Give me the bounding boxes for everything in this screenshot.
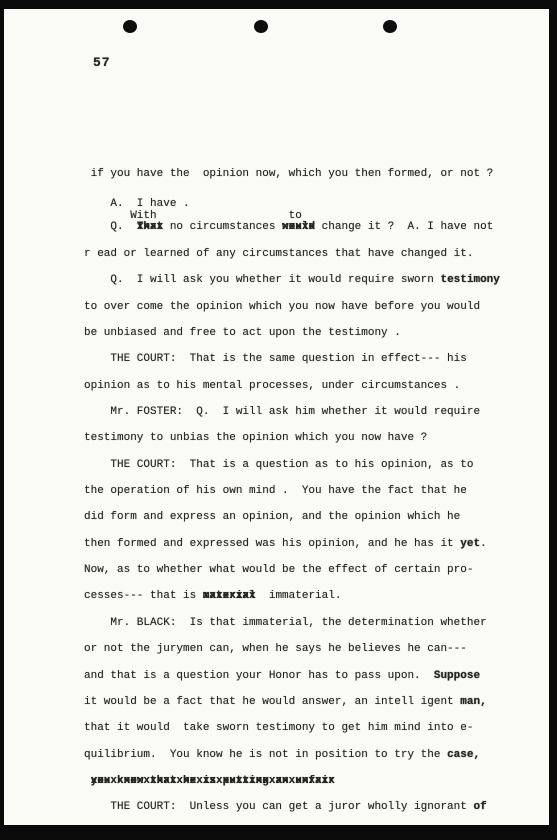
line-text: r ead or learned of any circumstances th…	[84, 248, 473, 260]
line-text: opinion as to his mental processes, unde…	[84, 380, 460, 392]
line-text: .	[480, 538, 487, 550]
transcript-line: THE COURT: That is the same question in …	[84, 353, 549, 379]
transcript-line: if you have the opinion now, which you t…	[84, 168, 549, 198]
line-text: and that is a question your Honor has to…	[84, 670, 434, 682]
transcript-line: Now, as to whether what would be the eff…	[84, 564, 549, 590]
struck-out-text: material	[203, 590, 256, 603]
line-text: quilibrium. You know he is not in positi…	[84, 749, 447, 761]
document-page: 57 if you have the opinion now, which yo…	[4, 9, 549, 825]
line-text: then formed and expressed was his opinio…	[84, 538, 460, 550]
transcript-line: you know that he is putting an unfair	[84, 775, 549, 801]
transcript-line: then formed and expressed was his opinio…	[84, 538, 549, 564]
transcript-line: it would be a fact that he would answer,…	[84, 696, 549, 722]
emphasized-text: testimony	[440, 274, 499, 286]
transcript-line: THE COURT: Unless you can get a juror wh…	[84, 801, 549, 827]
transcript-line: THE COURT: That is a question as to his …	[84, 459, 549, 485]
line-text: THE COURT: Unless you can get a juror wh…	[84, 801, 473, 813]
line-text: Q.	[84, 221, 137, 233]
line-text: to over come the opinion which you now h…	[84, 301, 480, 313]
struck-out-text: you know that he is putting an unfair	[91, 775, 335, 788]
transcript-line: the operation of his own mind . You have…	[84, 485, 549, 511]
transcript-line: or not the jurymen can, when he says he …	[84, 643, 549, 669]
emphasized-text: of	[473, 801, 486, 813]
transcript-line: Mr. BLACK: Is that immaterial, the deter…	[84, 617, 549, 643]
line-text: be unbiased and free to act upon the tes…	[84, 327, 401, 339]
page-number: 57	[93, 55, 111, 70]
line-text: no circumstances	[163, 221, 282, 233]
line-text: it would be a fact that he would answer,…	[84, 696, 460, 708]
emphasized-text: case,	[447, 749, 480, 761]
transcript-line: cesses--- that is material immaterial.	[84, 590, 549, 616]
line-text: Mr. BLACK: Is that immaterial, the deter…	[84, 617, 487, 629]
line-text: cesses--- that is	[84, 590, 203, 602]
binder-hole-dot	[383, 20, 397, 33]
line-text: the operation of his own mind . You have…	[84, 485, 467, 497]
transcript-line: testimony to unbias the opinion which yo…	[84, 432, 549, 458]
line-text: did form and express an opinion, and the…	[84, 511, 460, 523]
transcript-line: Mr. FOSTER: Q. I will ask him whether it…	[84, 406, 549, 432]
transcript-line: r ead or learned of any circumstances th…	[84, 248, 549, 274]
binder-hole-dot	[123, 20, 137, 33]
transcript-line: and that is a question your Honor has to…	[84, 670, 549, 696]
line-text: immaterial.	[256, 590, 342, 602]
line-text: Mr. FOSTER: Q. I will ask him whether it…	[84, 406, 480, 418]
emphasized-text: Suppose	[434, 670, 480, 682]
transcript-line: that it would take sworn testimony to ge…	[84, 722, 549, 748]
transcript-line: With to	[84, 210, 549, 222]
transcript-line: to over come the opinion which you now h…	[84, 301, 549, 327]
transcript-line: opinion as to his mental processes, unde…	[84, 380, 549, 406]
transcript-line: Q. I will ask you whether it would requi…	[84, 274, 549, 300]
transcript-text: if you have the opinion now, which you t…	[84, 168, 549, 828]
emphasized-text: yet	[460, 538, 480, 550]
transcript-line: Q. That no circumstances would change it…	[84, 221, 549, 248]
transcript-line: be unbiased and free to act upon the tes…	[84, 327, 549, 353]
struck-out-text: That	[137, 221, 163, 234]
struck-out-text: would	[282, 221, 315, 234]
line-text: Q. I will ask you whether it would requi…	[84, 274, 440, 286]
line-text: change it ? A. I have not	[315, 221, 493, 233]
line-text: or not the jurymen can, when he says he …	[84, 643, 467, 655]
scan-frame: 57 if you have the opinion now, which yo…	[0, 0, 557, 840]
transcript-line: quilibrium. You know he is not in positi…	[84, 749, 549, 775]
line-text: A. I have .	[84, 198, 190, 210]
line-text: that it would take sworn testimony to ge…	[84, 722, 473, 734]
line-text: Now, as to whether what would be the eff…	[84, 564, 473, 576]
line-text: With to	[84, 210, 302, 222]
line-text: testimony to unbias the opinion which yo…	[84, 432, 427, 444]
line-text: THE COURT: That is a question as to his …	[84, 459, 473, 471]
line-text	[84, 775, 91, 787]
binder-hole-dot	[254, 20, 268, 33]
line-text: THE COURT: That is the same question in …	[84, 353, 467, 365]
transcript-line: A. I have .	[84, 198, 549, 210]
transcript-line: did form and express an opinion, and the…	[84, 511, 549, 537]
line-text: if you have the opinion now, which you t…	[84, 168, 493, 180]
emphasized-text: man,	[460, 696, 486, 708]
